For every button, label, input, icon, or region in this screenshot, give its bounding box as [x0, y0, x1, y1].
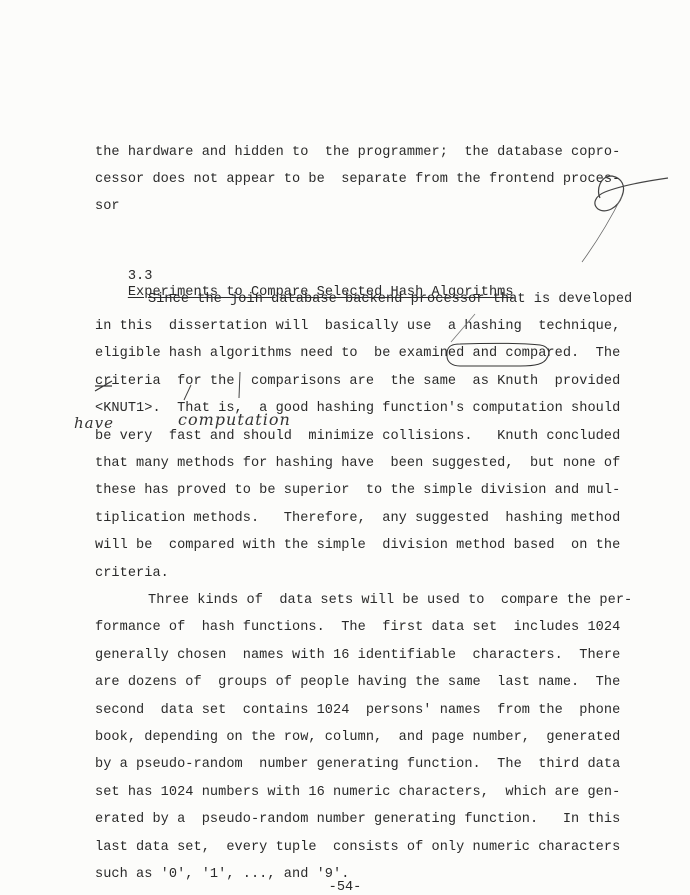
- text-line: cessor does not appear to be separate fr…: [95, 172, 620, 188]
- text-line: formance of hash functions. The first da…: [95, 620, 620, 636]
- text-line: <KNUT1>. That is, a good hashing functio…: [95, 401, 620, 417]
- text-line: set has 1024 numbers with 16 numeric cha…: [95, 785, 620, 801]
- text-line: the hardware and hidden to the programme…: [95, 145, 620, 161]
- text-line: book, depending on the row, column, and …: [95, 730, 620, 746]
- page-number: -54-: [0, 880, 690, 895]
- text-line: are dozens of groups of people having th…: [95, 675, 620, 691]
- text-line: criteria.: [95, 566, 620, 582]
- text-line: in this dissertation will basically use …: [95, 319, 620, 335]
- text-line: Since the join database backend processo…: [148, 292, 620, 308]
- text-line: tiplication methods. Therefore, any sugg…: [95, 511, 620, 527]
- text-line: that many methods for hashing have been …: [95, 456, 620, 472]
- text-line: will be compared with the simple divisio…: [95, 538, 620, 554]
- section-number: 3.3: [128, 269, 153, 284]
- text-line: Three kinds of data sets will be used to…: [148, 593, 620, 609]
- text-line: last data set, every tuple consists of o…: [95, 840, 620, 856]
- text-line: generally chosen names with 16 identifia…: [95, 648, 620, 664]
- document-page: the hardware and hidden to the programme…: [0, 0, 690, 895]
- handwritten-insertion: computation: [178, 410, 291, 429]
- text-line: be very fast and should minimize collisi…: [95, 429, 620, 445]
- text-line: second data set contains 1024 persons' n…: [95, 703, 620, 719]
- handwritten-replacement: have: [74, 414, 114, 432]
- text-line: by a pseudo-random number generating fun…: [95, 757, 620, 773]
- text-line: eligible hash algorithms need to be exam…: [95, 346, 620, 362]
- text-line: criteria for the comparisons are the sam…: [95, 374, 620, 390]
- text-line: these has proved to be superior to the s…: [95, 483, 620, 499]
- text-line: erated by a pseudo-random number generat…: [95, 812, 620, 828]
- text-line: sor: [95, 199, 620, 215]
